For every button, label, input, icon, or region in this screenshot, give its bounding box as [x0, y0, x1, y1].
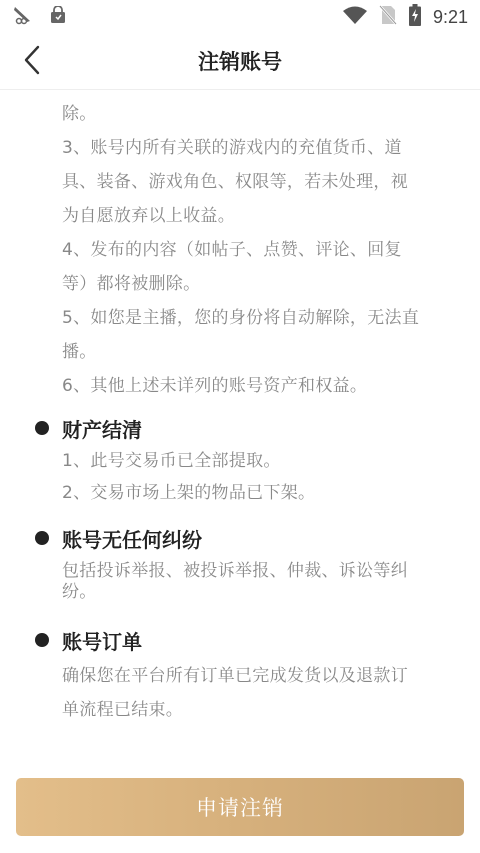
bullet-icon: [35, 421, 49, 435]
paragraph-line: 4、发布的内容（如帖子、点赞、评论、回复: [0, 233, 480, 267]
paragraph-line: 1、此号交易币已全部提取。: [0, 445, 480, 477]
paragraph-line: 6、其他上述未详列的账号资产和权益。: [0, 369, 480, 403]
wifi-icon: [343, 6, 367, 28]
paragraph-line: 具、装备、游戏角色、权限等，若未处理，视: [0, 165, 480, 199]
section-title: 财产结清: [62, 414, 142, 443]
battery-charging-icon: [409, 4, 421, 30]
paragraph-line: 2、交易市场上架的物品已下架。: [0, 477, 480, 509]
apply-cancellation-button[interactable]: 申请注销: [16, 778, 464, 836]
paragraph-line: 纷。: [0, 582, 480, 603]
bullet-icon: [35, 633, 49, 647]
paragraph-line: 等）都将被删除。: [0, 267, 480, 301]
paragraph-line: 为自愿放弃以上收益。: [0, 199, 480, 233]
page-title: 注销账号: [0, 34, 480, 90]
header-bar: 注销账号: [0, 34, 480, 90]
paragraph-line: 单流程已结束。: [0, 693, 480, 727]
footer-action: 申请注销: [16, 778, 464, 836]
no-sim-icon: [379, 5, 397, 29]
status-bar: 9:21: [0, 0, 480, 34]
bullet-icon: [35, 531, 49, 545]
lock-bag-icon: [50, 6, 66, 28]
app-notification-icon: [12, 4, 34, 30]
section-header-disputes: 账号无任何纠纷: [0, 521, 480, 555]
terms-content[interactable]: 除。 3、账号内所有关联的游戏内的充值货币、道 具、装备、游戏角色、权限等，若未…: [0, 91, 480, 761]
section-title: 账号无任何纠纷: [62, 524, 202, 553]
section-header-assets: 财产结清: [0, 411, 480, 445]
section-header-orders: 账号订单: [0, 623, 480, 657]
paragraph-line: 5、如您是主播，您的身份将自动解除，无法直: [0, 301, 480, 335]
paragraph-line: 3、账号内所有关联的游戏内的充值货币、道: [0, 131, 480, 165]
paragraph-line: 确保您在平台所有订单已完成发货以及退款订: [0, 659, 480, 693]
paragraph-line: 除。: [0, 97, 480, 131]
section-title: 账号订单: [62, 626, 142, 655]
paragraph-line: 播。: [0, 335, 480, 369]
clock: 9:21: [433, 7, 468, 28]
paragraph-line: 包括投诉举报、被投诉举报、仲裁、诉讼等纠: [0, 561, 480, 582]
